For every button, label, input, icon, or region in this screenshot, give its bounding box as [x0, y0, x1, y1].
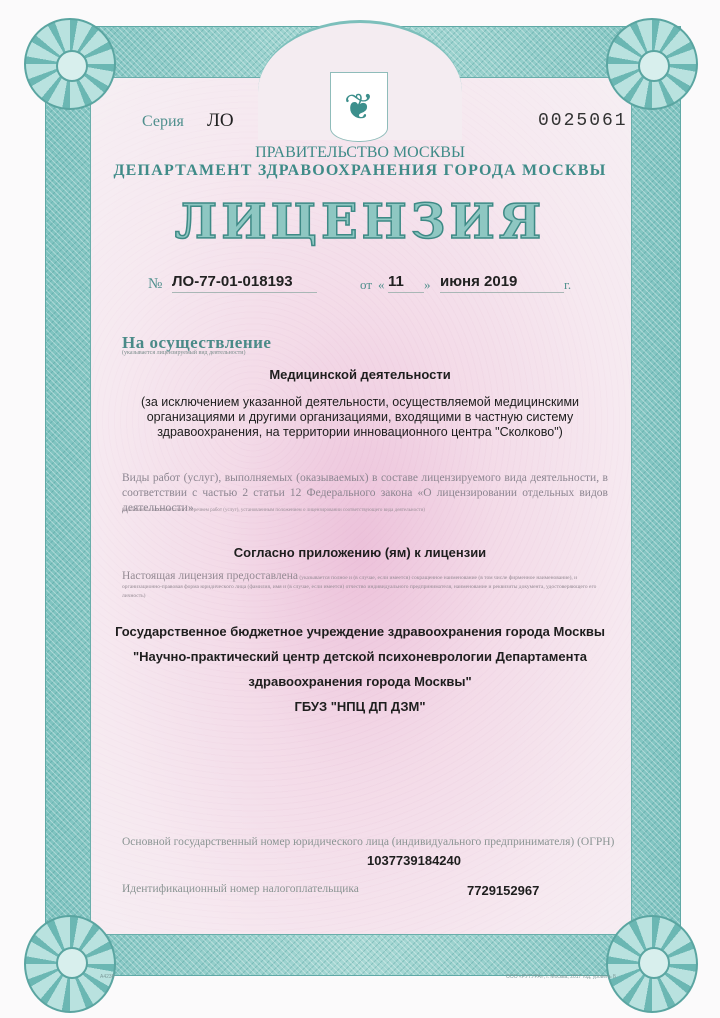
ogrn-value: 1037739184240: [367, 853, 461, 868]
date-quote-open: «: [378, 277, 385, 293]
licensee-line: Государственное бюджетное учреждение здр…: [100, 622, 620, 647]
number-sign: №: [148, 276, 162, 293]
activity-note: (за исключением указанной деятельности, …: [100, 395, 620, 440]
licensee-label-main: Настоящая лицензия предоставлена: [122, 570, 298, 582]
works-hint: (указываются в соответствии с перечнем р…: [122, 508, 608, 513]
date-from-label: от: [360, 277, 372, 293]
blank-code: А4238: [100, 974, 114, 980]
issuing-government: ПРАВИТЕЛЬСТВО МОСКВЫ: [0, 144, 720, 162]
issue-month-year: июня 2019: [440, 273, 564, 293]
printer-imprint: ООО «РУТУРА», г. Москва, 2017 год, урове…: [506, 974, 616, 980]
licensee-name: Государственное бюджетное учреждение здр…: [100, 622, 620, 722]
date-quote-close: »: [424, 277, 431, 293]
inn-value: 7729152967: [467, 883, 539, 898]
blank-number: 0025061: [538, 111, 628, 131]
year-suffix: г.: [564, 277, 571, 293]
ogrn-label: Основной государственный номер юридическ…: [122, 836, 614, 848]
license-number: ЛО-77-01-018193: [172, 273, 317, 293]
series-value: ЛО: [207, 110, 234, 132]
licensee-line: ГБУЗ "НПЦ ДП ДЗМ": [100, 697, 620, 722]
issuing-department: ДЕПАРТАМЕНТ ЗДРАВООХРАНЕНИЯ ГОРОДА МОСКВ…: [0, 162, 720, 180]
issue-day: 11: [388, 273, 424, 293]
corner-rosette-icon: [606, 18, 698, 110]
series-label: Серия: [142, 113, 184, 131]
activity-value: Медицинской деятельности: [0, 367, 720, 382]
coat-of-arms-icon: ❦: [330, 72, 388, 142]
corner-rosette-icon: [24, 18, 116, 110]
licensee-line: здравоохранения города Москвы": [100, 672, 620, 697]
works-value: Согласно приложению (ям) к лицензии: [0, 545, 720, 560]
corner-rosette-icon: [24, 915, 116, 1013]
license-number-row: № ЛО-77-01-018193 от « 11 » июня 2019 г.: [0, 273, 720, 297]
activity-hint: (указывается лицензируемый вид деятельно…: [122, 350, 245, 356]
document-title: ЛИЦЕНЗИЯ: [0, 194, 720, 250]
licensee-line: "Научно-практический центр детской психо…: [100, 647, 620, 672]
licensee-label: Настоящая лицензия предоставлена (указыв…: [122, 572, 608, 601]
corner-rosette-icon: [606, 915, 698, 1013]
inn-label: Идентификационный номер налогоплательщик…: [122, 883, 359, 895]
